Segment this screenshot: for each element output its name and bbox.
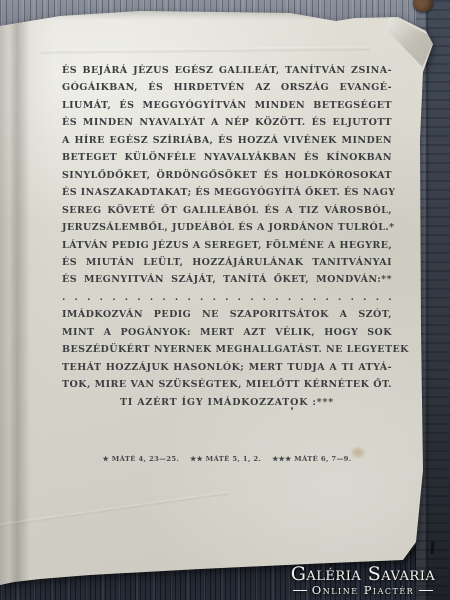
text-line: IMÁDKOZVÁN PEDIG NE SZAPORITSÁTOK A SZÓT…	[62, 306, 392, 323]
text-line: BETEGET KÜLÖNFÉLE NYAVALYÁKBAN ÉS KÍNOKB…	[62, 149, 392, 166]
text-line: ÉS INASZAKADTAKAT; ÉS MEGGYÓGYÍTÁ ŐKET. …	[62, 184, 392, 201]
book-page-wrap: ÉS BEJÁRÁ JÉZUS EGÉSZ GALILEÁT, TANÍTVÁN…	[0, 0, 450, 600]
watermark-subtitle: Online Piactér	[312, 584, 414, 597]
text-line: A HÍRE EGÉSZ SZÍRIÁBA, ÉS HOZZÁ VIVÉNEK …	[62, 132, 392, 149]
page-top-shadow	[0, 10, 450, 20]
paragraph-gospel-narrative: ÉS BEJÁRÁ JÉZUS EGÉSZ GALILEÁT, TANÍTVÁN…	[62, 62, 392, 289]
footnote-scripture-references: ★ MÁTÉ 4, 23—25. ★★ MÁTÉ 5, 1, 2. ★★★ MÁ…	[62, 455, 392, 463]
page-text: ÉS BEJÁRÁ JÉZUS EGÉSZ GALILEÁT, TANÍTVÁN…	[62, 62, 392, 411]
ellipsis-separator: . . . . . . . . . . . . . . . . . . . . …	[62, 289, 392, 306]
watermark: Galéria Savaria Online Piactér	[278, 564, 448, 597]
page-gutter-fold	[0, 0, 54, 600]
text-line: LIUMÁT, ÉS MEGGYÓGYÍTVÁN MINDEN BETEGSÉG…	[62, 97, 392, 114]
text-line: TOK, MIRE VAN SZÜKSÉGTEK, MIELŐTT KÉRNÉT…	[62, 376, 392, 393]
text-line: SEREG KÖVETÉ ŐT GALILEÁBÓL ÉS A TIZ VÁRO…	[62, 202, 392, 219]
book-page: ÉS BEJÁRÁ JÉZUS EGÉSZ GALILEÁT, TANÍTVÁN…	[0, 0, 450, 600]
text-line: TEHÁT HOZZÁJUK HASONLÓK; MERT TUDJA A TI…	[62, 359, 392, 376]
paper-crease	[40, 46, 370, 53]
watermark-title: Galéria Savaria	[278, 564, 448, 584]
watermark-subtitle-row: Online Piactér	[278, 584, 448, 597]
text-line: ÉS MIUTÁN LEÜLT, HOZZÁJÁRULÁNAK TANITVÁN…	[62, 254, 392, 271]
photo-scene: ÉS BEJÁRÁ JÉZUS EGÉSZ GALILEÁT, TANÍTVÁN…	[0, 0, 450, 600]
text-line: ÉS MEGNYITVÁN SZÁJÁT, TANÍTÁ ŐKET, MONDV…	[62, 271, 392, 288]
paragraph-prayer-teaching: IMÁDKOZVÁN PEDIG NE SZAPORITSÁTOK A SZÓT…	[62, 306, 392, 393]
page-corner-fold	[385, 15, 435, 67]
text-line: GÓGÁIKBAN, ÉS HIRDETVÉN AZ ORSZÁG EVANGÉ…	[62, 79, 392, 96]
text-line: SINYLŐDŐKET, ÖRDÖNGŐSÖKET ÉS HOLDKÓROSOK…	[62, 167, 392, 184]
text-line: LÁTVÁN PEDIG JÉZUS A SEREGET, FÖLMÉNE A …	[62, 237, 392, 254]
text-line: BESZÉDÜKÉRT NYERNEK MEGHALLGATÁST. NE LE…	[62, 341, 392, 358]
closing-line: TI AZÉRT ÍGY IMÁDKOZZATOK :***	[62, 394, 392, 411]
text-line: MINT A POGÁNYOK: MERT AZT VÉLIK, HOGY SO…	[62, 324, 392, 341]
text-line: JERUZSÁLEMBŐL, JUDEÁBÓL ÉS A JORDÁNON TU…	[62, 219, 392, 236]
text-line: ÉS MINDEN NYAVALYÁT A NÉP KÖZÖTT. ÉS ELJ…	[62, 114, 392, 131]
text-line: ÉS BEJÁRÁ JÉZUS EGÉSZ GALILEÁT, TANÍTVÁN…	[62, 62, 392, 79]
watermark-dash	[419, 590, 433, 592]
watermark-dash	[293, 590, 307, 592]
